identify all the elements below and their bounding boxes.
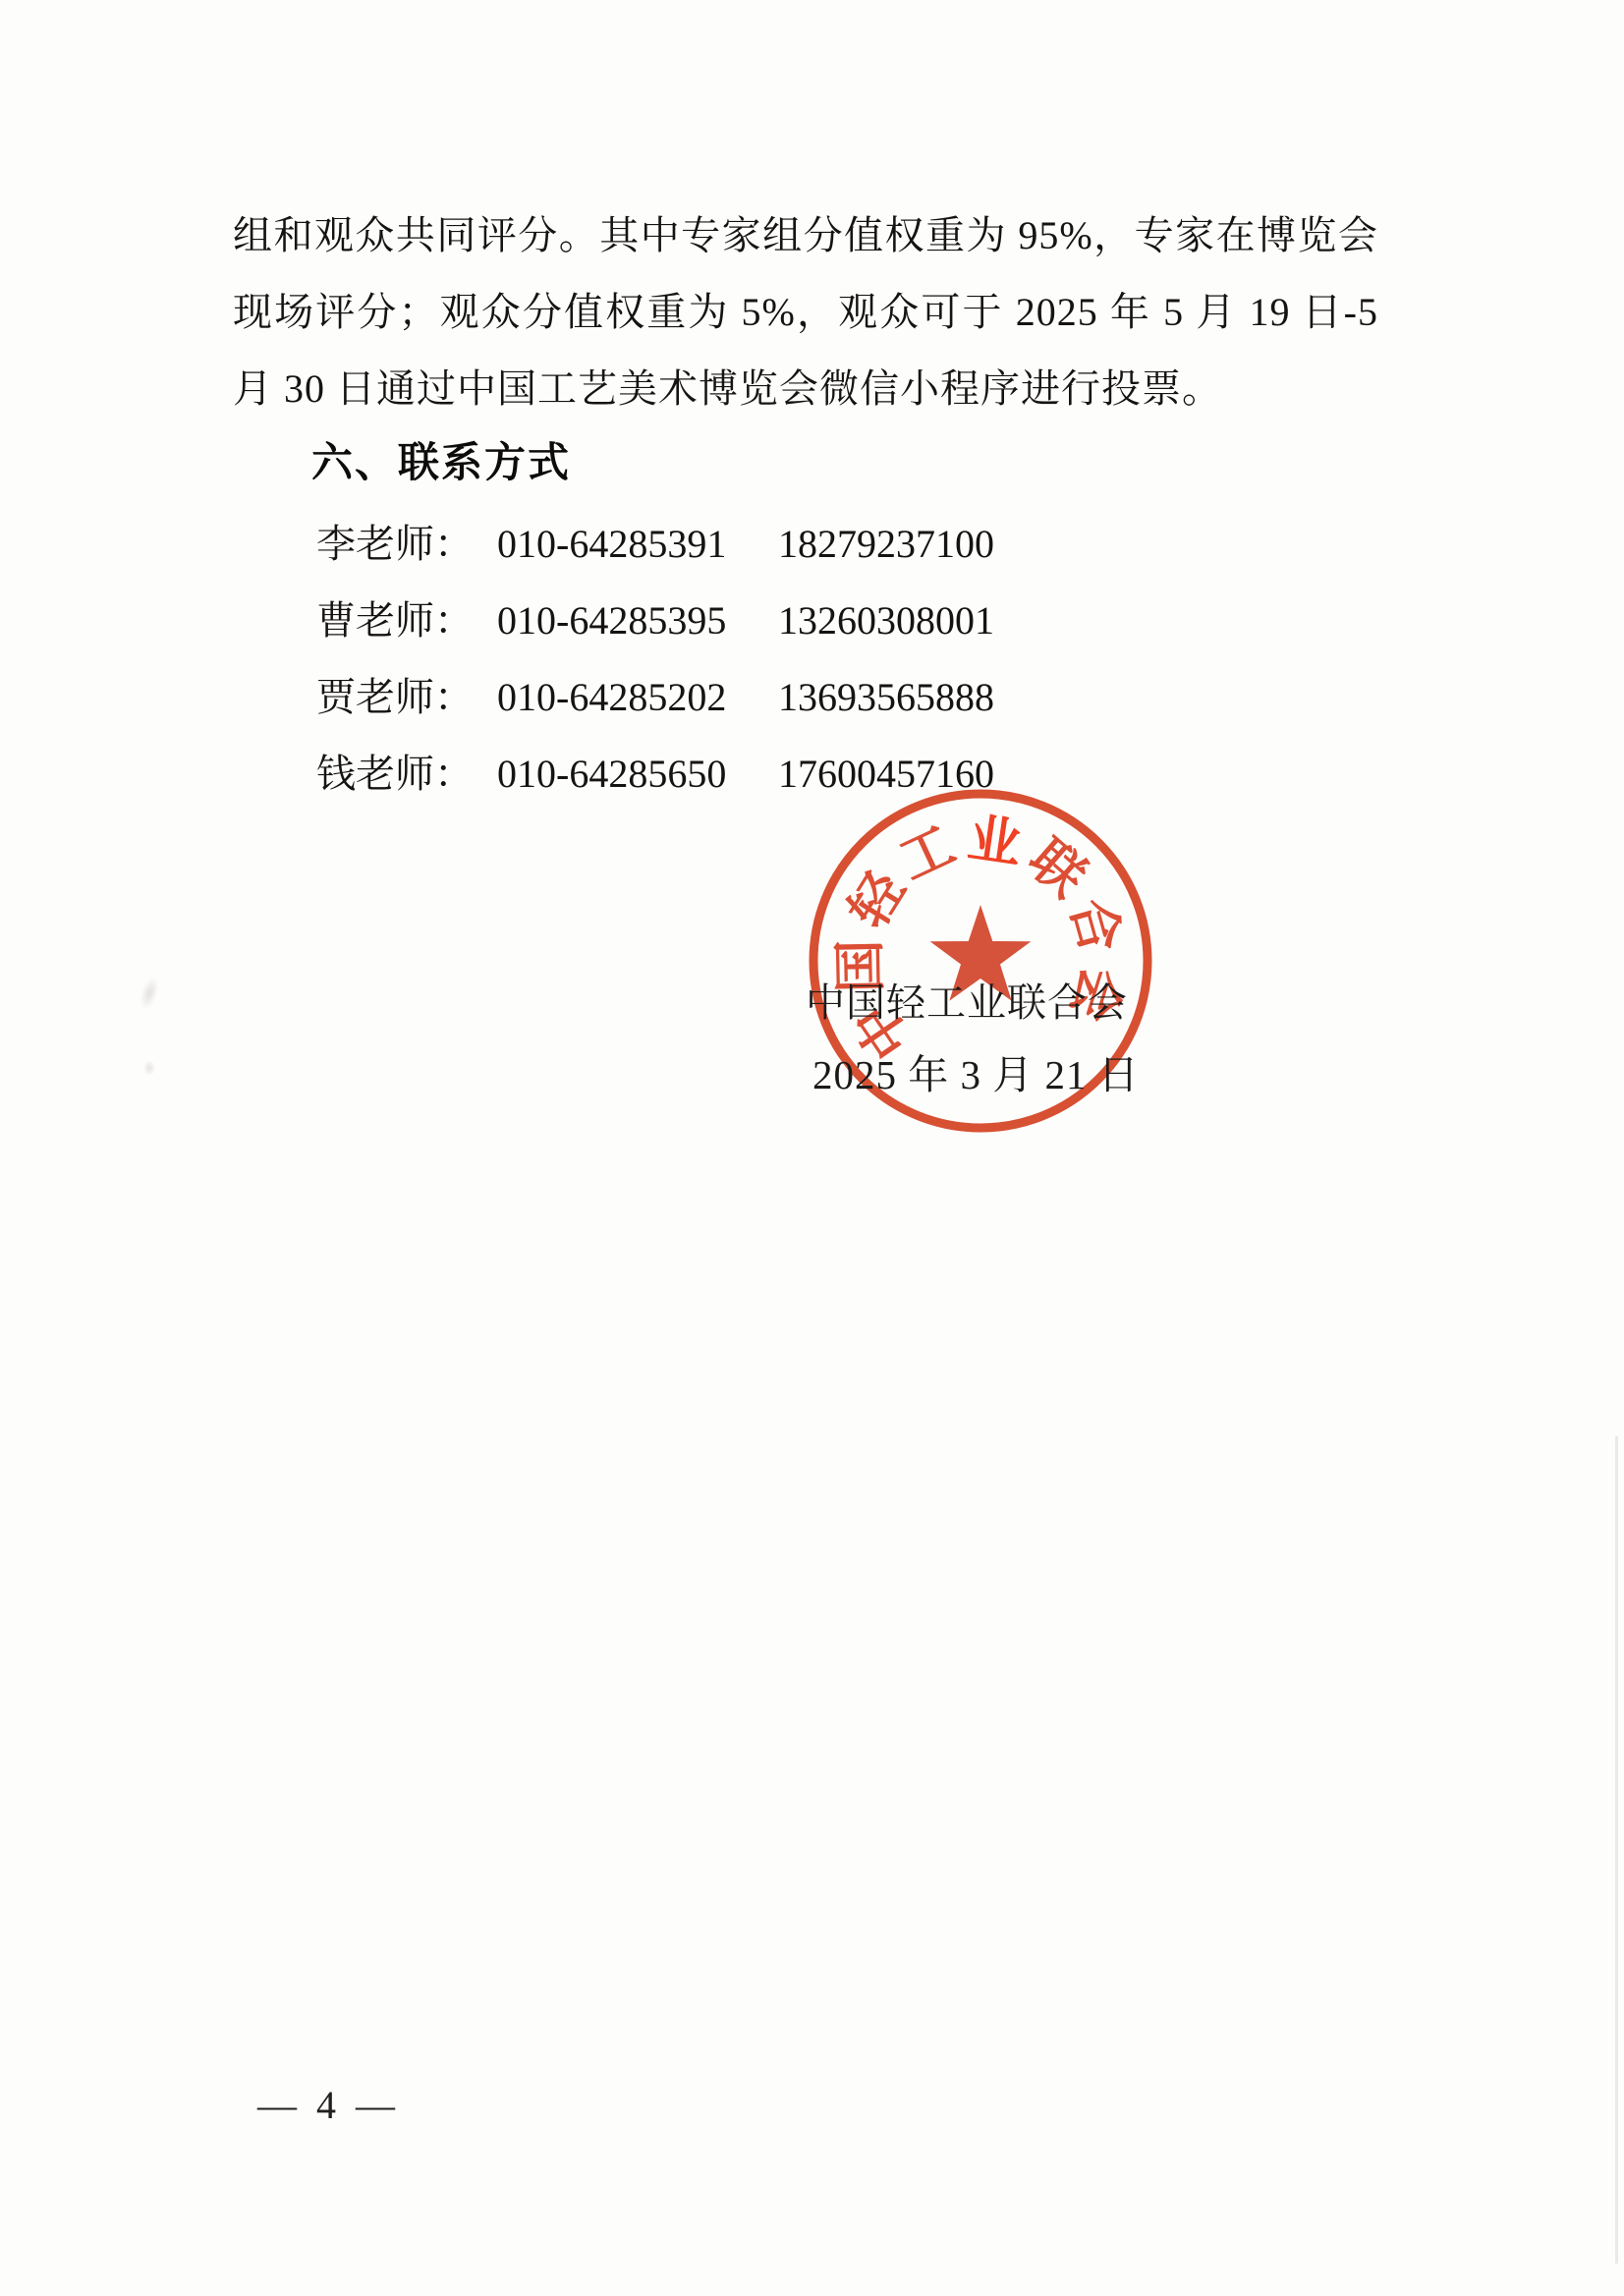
document-page: 组和观众共同评分。其中专家组分值权重为 95%，专家在博览会 现场评分；观众分值…	[0, 0, 1624, 2296]
contact-row: 贾老师： 010-64285202 13693565888	[316, 659, 1063, 736]
contact-mobile-phone: 18279237100	[778, 506, 994, 583]
contact-row: 钱老师： 010-64285650 17600457160	[316, 736, 1063, 812]
contact-row: 曹老师： 010-64285395 13260308001	[316, 583, 1063, 659]
contact-name: 曹老师：	[316, 583, 474, 659]
scan-smudge	[143, 1060, 155, 1076]
contact-office-phone: 010-64285395	[497, 583, 726, 659]
signature-organization: 中国轻工业联合会	[806, 981, 1128, 1025]
contact-mobile-phone: 17600457160	[778, 736, 994, 812]
scan-smudge	[137, 975, 162, 1011]
contact-row: 李老师： 010-64285391 18279237100	[316, 506, 1063, 583]
body-paragraph: 组和观众共同评分。其中专家组分值权重为 95%，专家在博览会 现场评分；观众分值…	[233, 197, 1378, 427]
contact-name: 贾老师：	[316, 659, 474, 736]
seal-arc-text: 中国轻工业联合会	[816, 796, 1141, 1072]
contact-name: 钱老师：	[316, 736, 474, 812]
contact-mobile-phone: 13693565888	[778, 659, 994, 736]
contact-office-phone: 010-64285391	[497, 506, 726, 583]
contact-office-phone: 010-64285202	[497, 659, 726, 736]
contact-mobile-phone: 13260308001	[778, 583, 994, 659]
scan-edge-artifact	[1615, 1436, 1618, 2264]
paragraph-line-3: 月 30 日通过中国工艺美术博览会微信小程序进行投票。	[233, 351, 1378, 427]
page-number: — 4 —	[257, 2083, 400, 2128]
signature-date: 2025 年 3 月 21 日	[812, 1050, 1140, 1099]
contact-office-phone: 010-64285650	[497, 736, 726, 812]
section-heading: 六、联系方式	[311, 440, 571, 485]
contact-name: 李老师：	[316, 506, 474, 583]
contact-list: 李老师： 010-64285391 18279237100 曹老师： 010-6…	[316, 506, 1063, 812]
paragraph-line-2: 现场评分；观众分值权重为 5%，观众可于 2025 年 5 月 19 日-5	[233, 274, 1378, 351]
paragraph-line-1: 组和观众共同评分。其中专家组分值权重为 95%，专家在博览会	[233, 197, 1378, 274]
